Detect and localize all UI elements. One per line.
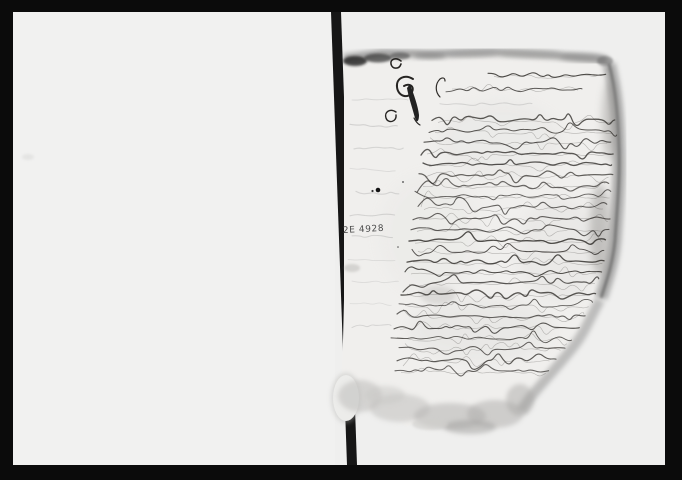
left-page-faint-mark [22, 154, 34, 160]
scanned-document-image: 2E 4928 [0, 0, 682, 480]
left-blank-page [13, 12, 335, 465]
archival-scan-viewer: 2E 4928 [0, 0, 682, 480]
